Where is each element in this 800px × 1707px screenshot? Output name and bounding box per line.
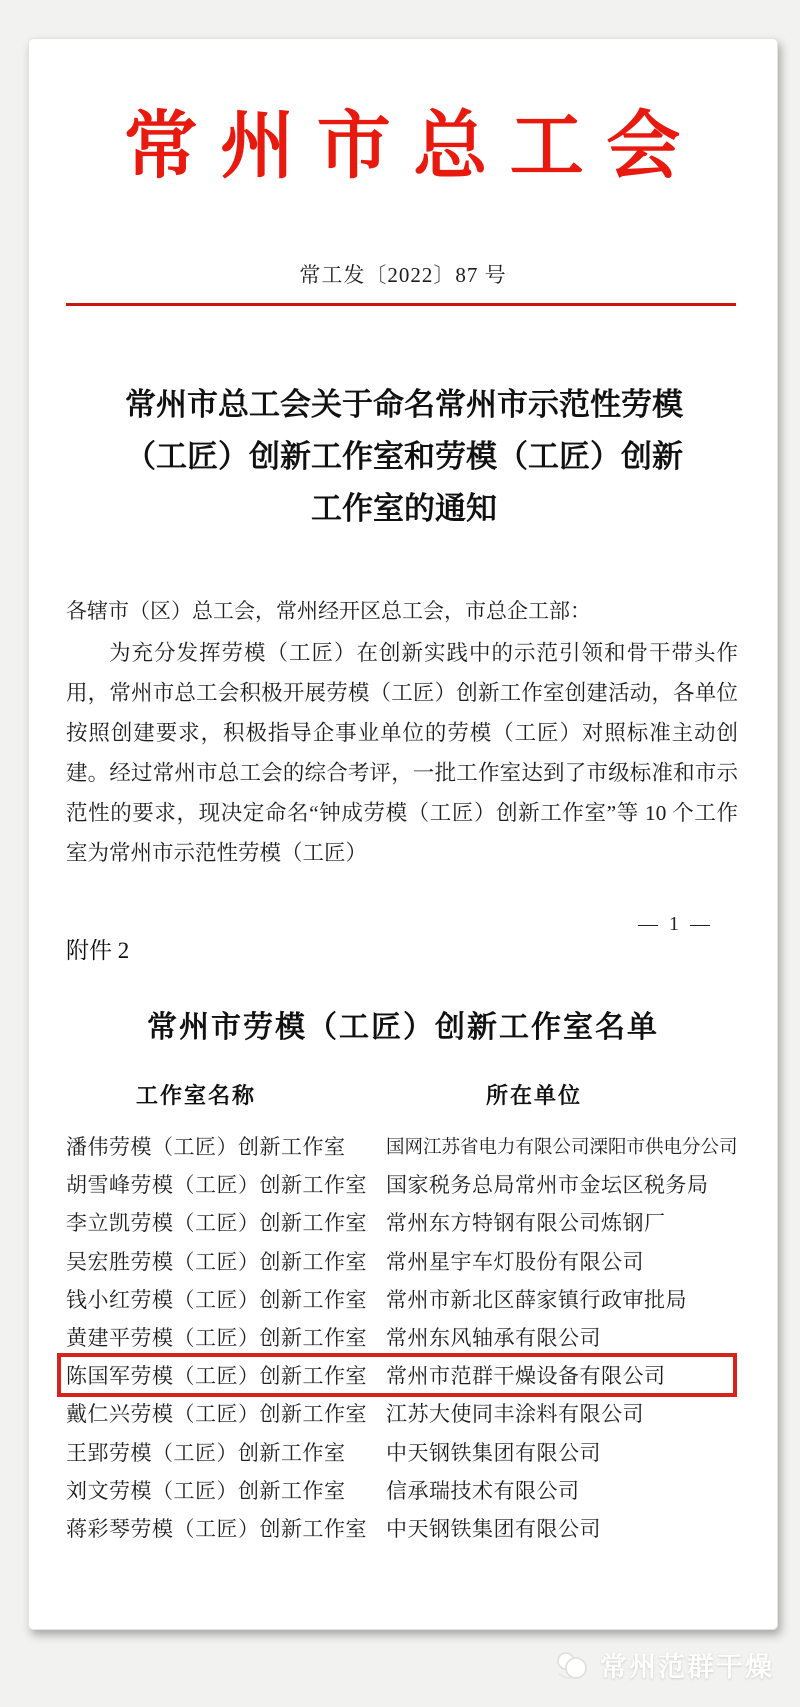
table-row: 陈国军劳模（工匠）创新工作室 常州市范群干燥设备有限公司 xyxy=(66,1356,742,1394)
table-row: 胡雪峰劳模（工匠）创新工作室 国家税务总局常州市金坛区税务局 xyxy=(66,1165,742,1203)
red-divider-rule xyxy=(66,303,736,306)
workshop-name: 戴仁兴劳模（工匠）创新工作室 xyxy=(66,1398,386,1428)
table-row: 刘文劳模（工匠）创新工作室 信承瑞技术有限公司 xyxy=(66,1471,742,1509)
column-header-organization: 所在单位 xyxy=(326,1079,742,1110)
salutation-line: 各辖市（区）总工会，常州经开区总工会，市总企工部： xyxy=(66,595,742,625)
workshop-name: 陈国军劳模（工匠）创新工作室 xyxy=(66,1360,386,1390)
table-row: 吴宏胜劳模（工匠）创新工作室 常州星宇车灯股份有限公司 xyxy=(66,1242,742,1280)
fangqun-logo-icon xyxy=(553,1648,593,1682)
organization-name: 常州市新北区薛家镇行政审批局 xyxy=(386,1284,742,1314)
table-row: 黄建平劳模（工匠）创新工作室 常州东风轴承有限公司 xyxy=(66,1318,742,1356)
organization-name: 信承瑞技术有限公司 xyxy=(386,1475,742,1505)
document-header-title: 常 州 市 总 工 会 xyxy=(29,97,777,197)
table-header-row: 工作室名称 所在单位 xyxy=(66,1079,742,1110)
workshop-name: 胡雪峰劳模（工匠）创新工作室 xyxy=(66,1169,386,1199)
table-row: 钱小红劳模（工匠）创新工作室 常州市新北区薛家镇行政审批局 xyxy=(66,1280,742,1318)
organization-name: 常州东方特钢有限公司炼钢厂 xyxy=(386,1207,742,1237)
workshop-table-rows: 潘伟劳模（工匠）创新工作室 国网江苏省电力有限公司溧阳市供电分公司 胡雪峰劳模（… xyxy=(66,1127,742,1547)
organization-name: 中天钢铁集团有限公司 xyxy=(386,1437,742,1467)
attachment-label: 附件 2 xyxy=(66,932,129,965)
table-row: 李立凯劳模（工匠）创新工作室 常州东方特钢有限公司炼钢厂 xyxy=(66,1203,742,1241)
document-number: 常工发〔2022〕87 号 xyxy=(29,259,777,289)
organization-name: 中天钢铁集团有限公司 xyxy=(386,1513,742,1543)
workshop-name: 吴宏胜劳模（工匠）创新工作室 xyxy=(66,1246,386,1276)
document-title-line3: 工作室的通知 xyxy=(54,483,754,535)
document-title: 常州市总工会关于命名常州市示范性劳模 （工匠）创新工作室和劳模（工匠）创新 工作… xyxy=(54,379,754,535)
organization-name: 国家税务总局常州市金坛区税务局 xyxy=(386,1169,742,1199)
table-row: 王郢劳模（工匠）创新工作室 中天钢铁集团有限公司 xyxy=(66,1433,742,1471)
workshop-name: 黄建平劳模（工匠）创新工作室 xyxy=(66,1322,386,1352)
workshop-name: 蒋彩琴劳模（工匠）创新工作室 xyxy=(66,1513,386,1543)
document-title-line1: 常州市总工会关于命名常州市示范性劳模 xyxy=(54,379,754,431)
watermark-text: 常州范群干燥 xyxy=(600,1645,774,1684)
organization-name: 常州市范群干燥设备有限公司 xyxy=(386,1360,742,1390)
workshop-name: 李立凯劳模（工匠）创新工作室 xyxy=(66,1207,386,1237)
column-header-workshop-name: 工作室名称 xyxy=(66,1079,326,1110)
workshop-name: 刘文劳模（工匠）创新工作室 xyxy=(66,1475,386,1505)
organization-name: 常州星宇车灯股份有限公司 xyxy=(386,1246,742,1276)
organization-name: 国网江苏省电力有限公司溧阳市供电分公司 xyxy=(386,1133,742,1159)
workshop-list-title: 常州市劳模（工匠）创新工作室名单 xyxy=(29,1002,777,1046)
table-row: 蒋彩琴劳模（工匠）创新工作室 中天钢铁集团有限公司 xyxy=(66,1509,742,1547)
table-row: 潘伟劳模（工匠）创新工作室 国网江苏省电力有限公司溧阳市供电分公司 xyxy=(66,1127,742,1165)
page-number: — 1 — xyxy=(638,913,713,936)
document-title-line2: （工匠）创新工作室和劳模（工匠）创新 xyxy=(54,431,754,483)
workshop-name: 王郢劳模（工匠）创新工作室 xyxy=(66,1437,386,1467)
table-row: 戴仁兴劳模（工匠）创新工作室 江苏大使同丰涂料有限公司 xyxy=(66,1394,742,1432)
document-page: 常 州 市 总 工 会 常工发〔2022〕87 号 常州市总工会关于命名常州市示… xyxy=(28,38,778,1630)
organization-name: 江苏大使同丰涂料有限公司 xyxy=(386,1398,742,1428)
organization-name: 常州东风轴承有限公司 xyxy=(386,1322,742,1352)
workshop-name: 钱小红劳模（工匠）创新工作室 xyxy=(66,1284,386,1314)
body-paragraph: 为充分发挥劳模（工匠）在创新实践中的示范引领和骨干带头作用，常州市总工会积极开展… xyxy=(66,633,738,873)
workshop-name: 潘伟劳模（工匠）创新工作室 xyxy=(66,1131,386,1161)
watermark: 常州范群干燥 xyxy=(553,1645,774,1684)
